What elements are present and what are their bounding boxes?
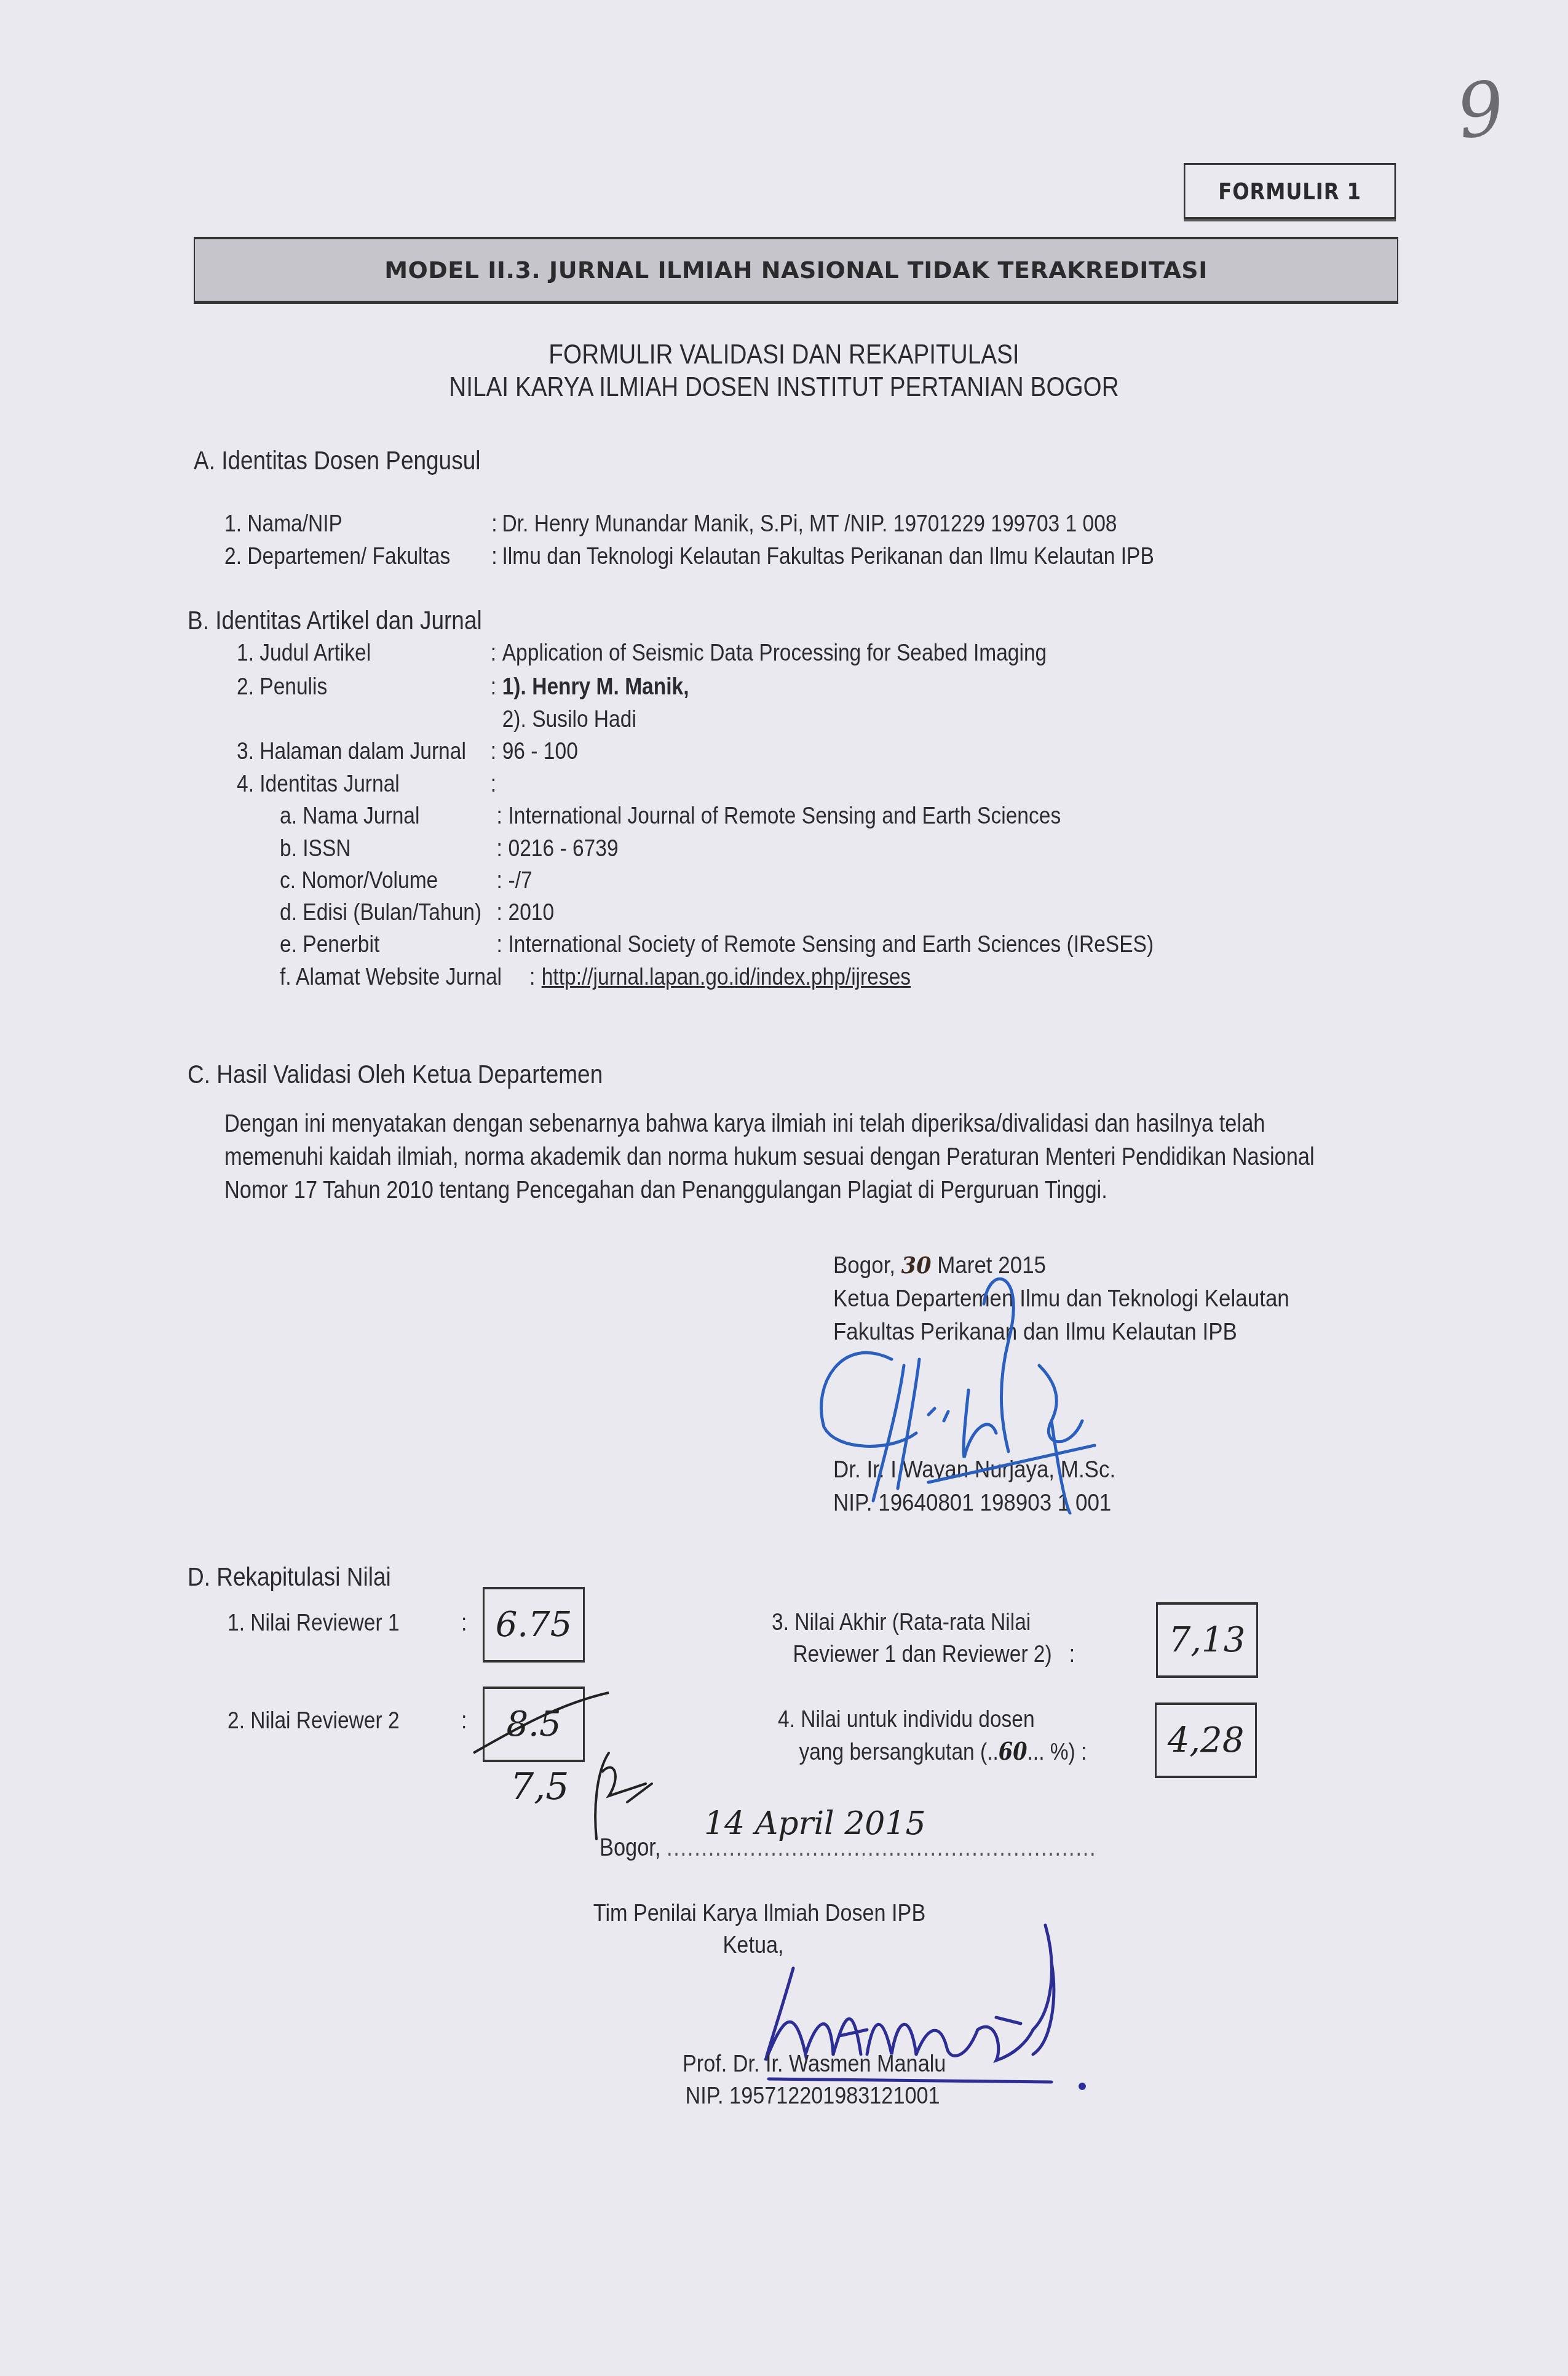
individual-score-box: 4,28 bbox=[1155, 1703, 1257, 1778]
journal-field-label: e. Penerbit bbox=[280, 931, 379, 958]
paragraph-line: Dengan ini menyatakan dengan sebenarnya … bbox=[224, 1107, 1473, 1140]
colon: : bbox=[497, 931, 502, 958]
model-title-bar: MODEL II.3. JURNAL ILMIAH NASIONAL TIDAK… bbox=[194, 237, 1398, 304]
journal-field-label: d. Edisi (Bulan/Tahun) bbox=[280, 899, 481, 926]
individual-percent: 60 bbox=[999, 1738, 1028, 1766]
individual-label-suffix: ... %) bbox=[1028, 1739, 1075, 1765]
final-score-label: 3. Nilai Akhir (Rata-rata Nilai Reviewer… bbox=[772, 1607, 1075, 1671]
colon: : bbox=[497, 899, 502, 926]
colon: : bbox=[491, 673, 496, 701]
reviewer1-score-box: 6.75 bbox=[483, 1587, 585, 1663]
journal-field-label: a. Nama Jurnal bbox=[280, 803, 419, 830]
form-label-box: FORMULIR 1 bbox=[1184, 163, 1396, 219]
halaman-value: 96 - 100 bbox=[502, 738, 578, 765]
reviewer1-label: 1. Nilai Reviewer 1 bbox=[228, 1610, 400, 1637]
penulis-1: 1). Henry M. Manik, bbox=[502, 673, 689, 701]
colon: : bbox=[491, 738, 496, 765]
handwritten-date: 14 April 2015 bbox=[704, 1805, 926, 1842]
colon: : bbox=[497, 803, 502, 830]
journal-field-value: 2010 bbox=[509, 899, 555, 926]
individual-score-label: 4. Nilai untuk individu dosen yang bersa… bbox=[778, 1704, 1087, 1768]
penulis-label: 2. Penulis bbox=[237, 673, 327, 701]
journal-website-link[interactable]: http://jurnal.lapan.go.id/index.php/ijre… bbox=[542, 964, 911, 991]
department-head-signature-icon bbox=[806, 1267, 1236, 1525]
nama-nip-label: 1. Nama/NIP bbox=[224, 511, 343, 538]
nama-nip-value: Dr. Henry Munandar Manik, S.Pi, MT /NIP.… bbox=[502, 511, 1117, 538]
reviewer2-corrected-score: 7,5 bbox=[510, 1765, 569, 1808]
chair-nip: NIP. 195712201983121001 bbox=[683, 2080, 946, 2112]
judul-value: Application of Seismic Data Processing f… bbox=[502, 640, 1047, 667]
journal-field-label: f. Alamat Website Jurnal bbox=[280, 964, 502, 991]
reviewer1-score: 6.75 bbox=[496, 1605, 572, 1645]
initials-mark-icon bbox=[590, 1747, 664, 1845]
individual-score: 4,28 bbox=[1168, 1720, 1245, 1760]
colon: : bbox=[461, 1610, 467, 1637]
journal-field-label: c. Nomor/Volume bbox=[280, 867, 438, 894]
final-score-box: 7,13 bbox=[1156, 1602, 1258, 1678]
section-b-heading: B. Identitas Artikel dan Jurnal bbox=[188, 606, 482, 635]
colon: : bbox=[491, 543, 497, 570]
model-title: MODEL II.3. JURNAL ILMIAH NASIONAL TIDAK… bbox=[384, 256, 1208, 284]
validation-paragraph: Dengan ini menyatakan dengan sebenarnya … bbox=[224, 1107, 1473, 1207]
document-title-line1: FORMULIR VALIDASI DAN REKAPITULASI bbox=[94, 340, 1474, 370]
journal-field-value: International Society of Remote Sensing … bbox=[509, 931, 1154, 958]
individual-label-line2: yang bersangkutan (..60... %) : bbox=[778, 1736, 1087, 1768]
final-score-label-line1: 3. Nilai Akhir (Rata-rata Nilai bbox=[772, 1607, 1075, 1639]
document-title-line2: NILAI KARYA ILMIAH DOSEN INSTITUT PERTAN… bbox=[94, 372, 1474, 403]
section-d-heading: D. Rekapitulasi Nilai bbox=[188, 1562, 391, 1592]
colon: : bbox=[491, 640, 496, 667]
final-score: 7,13 bbox=[1169, 1620, 1246, 1660]
final-label-text: Reviewer 1 dan Reviewer 2) bbox=[793, 1641, 1051, 1667]
penulis-2: 2). Susilo Hadi bbox=[502, 706, 636, 733]
chair-block: Prof. Dr. Ir. Wasmen Manalu NIP. 1957122… bbox=[683, 2048, 946, 2112]
judul-label: 1. Judul Artikel bbox=[237, 640, 371, 667]
halaman-label: 3. Halaman dalam Jurnal bbox=[237, 738, 466, 765]
paragraph-line: Nomor 17 Tahun 2010 tentang Pencegahan d… bbox=[224, 1174, 1473, 1207]
form-label: FORMULIR 1 bbox=[1218, 178, 1361, 205]
section-c-heading: C. Hasil Validasi Oleh Ketua Departemen bbox=[188, 1060, 603, 1089]
colon: : bbox=[497, 835, 502, 862]
colon: : bbox=[497, 867, 502, 894]
individual-label-line1: 4. Nilai untuk individu dosen bbox=[778, 1704, 1087, 1736]
identitas-jurnal-label: 4. Identitas Jurnal bbox=[237, 771, 400, 798]
section-a-heading: A. Identitas Dosen Pengusul bbox=[194, 446, 480, 475]
colon: : bbox=[491, 771, 496, 798]
paragraph-line: memenuhi kaidah ilmiah, norma akademik d… bbox=[224, 1140, 1473, 1174]
colon: : bbox=[1069, 1641, 1075, 1667]
colon: : bbox=[461, 1707, 467, 1734]
page-number: 9 bbox=[1452, 65, 1510, 156]
final-score-label-line2: Reviewer 1 dan Reviewer 2) : bbox=[772, 1639, 1075, 1671]
colon: : bbox=[529, 964, 535, 991]
place-label: Bogor, bbox=[600, 1834, 660, 1861]
colon: : bbox=[1081, 1739, 1087, 1765]
reviewer2-label: 2. Nilai Reviewer 2 bbox=[228, 1707, 400, 1734]
colon: : bbox=[491, 511, 497, 538]
departemen-label: 2. Departemen/ Fakultas bbox=[224, 543, 450, 570]
chair-name: Prof. Dr. Ir. Wasmen Manalu bbox=[683, 2048, 946, 2080]
departemen-value: Ilmu dan Teknologi Kelautan Fakultas Per… bbox=[502, 543, 1154, 570]
individual-label-prefix: yang bersangkutan (.. bbox=[799, 1739, 998, 1765]
journal-field-value: 0216 - 6739 bbox=[509, 835, 619, 862]
journal-field-label: b. ISSN bbox=[280, 835, 351, 862]
journal-field-value: -/7 bbox=[509, 867, 533, 894]
journal-field-value: International Journal of Remote Sensing … bbox=[509, 803, 1061, 830]
